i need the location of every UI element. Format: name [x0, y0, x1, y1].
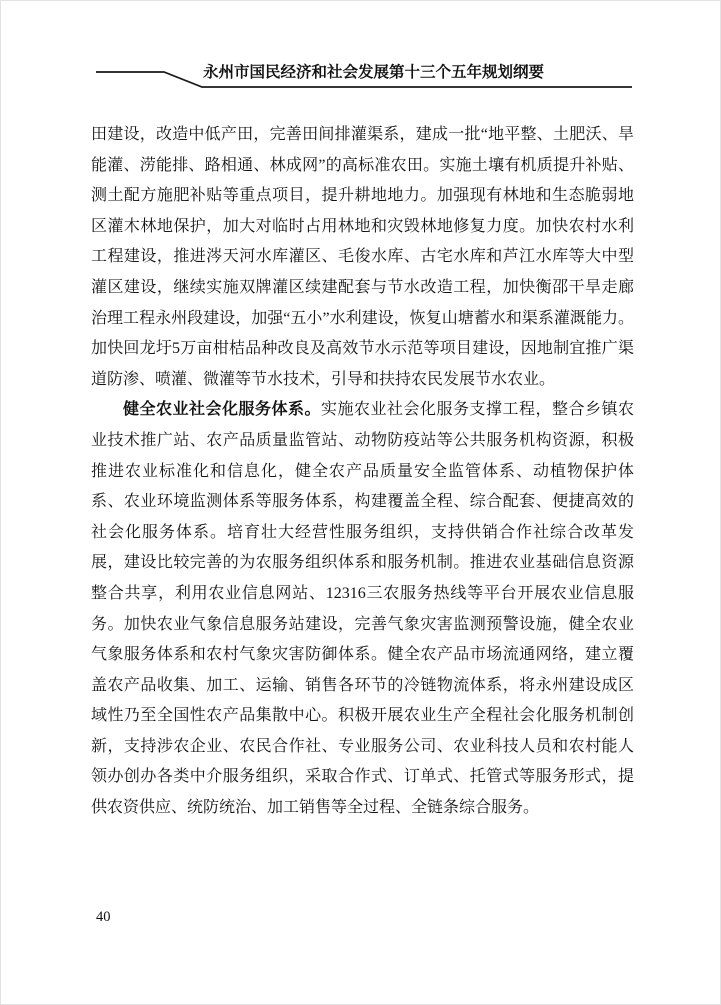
paragraph-body-text: 实施农业社会化服务支撑工程，整合乡镇农业技术推广站、农产品质量监管站、动物防疫站…	[91, 401, 634, 816]
page-header-title: 永州市国民经济和社会发展第十三个五年规划纲要	[203, 62, 633, 84]
document-page: 永州市国民经济和社会发展第十三个五年规划纲要 田建设，改造中低产田，完善田间排灌…	[0, 0, 721, 1005]
paragraph-agriculture-services: 健全农业社会化服务体系。实施农业社会化服务支撑工程，整合乡镇农业技术推广站、农产…	[91, 395, 634, 823]
paragraph-continued: 田建设，改造中低产田，完善田间排灌渠系，建成一批“地平整、土肥沃、旱能灌、涝能排…	[91, 120, 634, 395]
document-body: 田建设，改造中低产田，完善田间排灌渠系，建成一批“地平整、土肥沃、旱能灌、涝能排…	[91, 120, 634, 824]
paragraph-lead-heading: 健全农业社会化服务体系。	[123, 401, 321, 418]
page-number: 40	[96, 909, 111, 926]
header-rule-decoration	[1, 1, 721, 101]
